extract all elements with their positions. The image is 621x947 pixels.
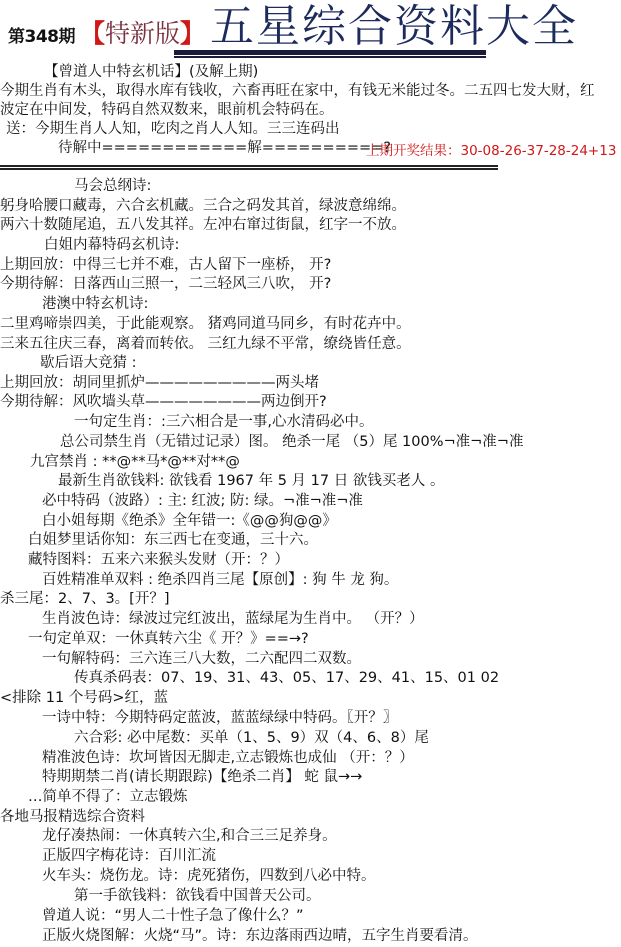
text-line: 正版四字梅花诗：百川汇流 — [42, 846, 216, 866]
heading-zengdaoren: 【曾道人中特玄机话】(及解上期) — [44, 62, 258, 82]
text-line: 今期生肖有木头，取得水库有钱收，六畜再旺在家中，有钱无米能过冬。二五四七发大财，… — [0, 81, 595, 101]
last-draw-result: 上期开奖结果：30-08-26-37-28-24+13 — [366, 141, 616, 161]
section-heading: 各地马报精选综合资料 — [0, 807, 145, 827]
text-line: <排除 11 个号码>红，蓝 — [0, 688, 168, 708]
title-underline-thin — [174, 56, 486, 58]
text-line: 藏特图料：五来六来猴头发财（开：？） — [28, 550, 289, 570]
edition-bracket-close: 】 — [180, 19, 205, 48]
text-line: 待解中============解==========? — [58, 138, 391, 158]
text-line: 传真杀码表：07、19、31、43、05、17、29、41、15、01 02 — [74, 668, 499, 688]
section-heading: 白姐内幕特码玄机诗: — [44, 235, 179, 255]
text-line: 一句解特码：三六连三八大数，二六配四二双数。 — [42, 649, 361, 669]
text-line: 火车头：烧伤龙。诗：虎死猪伤，四数到八必中特。 — [42, 866, 376, 886]
edition-text: 特新版 — [105, 19, 180, 48]
issue-number: 第348期 — [8, 22, 75, 47]
text-line: 必中特码（波路）: 主: 红波; 防: 绿。¬准¬准¬准 — [42, 491, 363, 511]
text-line: 波定在中间发，特码自然双数来，眼前机会特码在。 — [0, 100, 334, 120]
text-line: 白姐梦里话你知：东三西七在变通，三十六。 — [28, 530, 318, 550]
text-line: 上期回放：中得三七并不难，古人留下一座桥， 开? — [0, 255, 331, 275]
text-line: 一句定单双：一休真转六尘《 开？》==→? — [28, 629, 309, 649]
double-separator — [0, 165, 498, 170]
text-line: 生肖波色诗：绿波过完红波出，蓝绿尾为生肖中。 （开？） — [42, 609, 424, 629]
page-header: 第348期 【特新版】 五星综合资料大全 — [0, 0, 621, 60]
text-line: 六合彩: 必中尾数：买单（1、5、9）双（4、6、8）尾 — [74, 728, 429, 748]
text-line: 龙仔凑热闹：一休真转六尘,和合三三足养身。 — [42, 826, 337, 846]
text-line: 三来五往庆三春，离着而转依。 三红九绿不平常，缭绕皆任意。 — [0, 334, 411, 354]
text-line: 今期待解：风吹墙头草————————两边倒开? — [0, 392, 327, 412]
text-line: 最新生肖欲钱料: 欲钱看 1967 年 5 月 17 日 欲钱买老人 。 — [58, 471, 444, 491]
edition-bracket-open: 【 — [80, 19, 105, 48]
text-line: 九宫禁肖 : **@**马*@**对**@ — [30, 452, 240, 472]
text-line: …简单不得了：立志锻炼 — [28, 787, 188, 807]
page-title: 五星综合资料大全 — [210, 1, 578, 53]
text-line: 杀三尾：2、7、3。[开？] — [0, 589, 170, 609]
text-line: 第一手欲钱料：欲钱看中国普天公司。 — [74, 886, 321, 906]
text-line: 白小姐每期《绝杀》全年错一:《@@狗@@》 — [42, 511, 337, 531]
section-heading: 马会总纲诗: — [74, 176, 151, 196]
text-line: 特期期禁二肖(请长期跟踪)【绝杀二肖】 蛇 鼠→→ — [42, 767, 362, 787]
text-line: 两六十数随尾追，五八发其祥。左冲右窜过街鼠，红字一不放。 — [0, 215, 406, 235]
text-line: 上期回放：胡同里抓炉—————————两头堵 — [0, 373, 319, 393]
text-line: 总公司禁生肖（无错过记录）图。 绝杀一尾 （5）尾 100%¬准¬准¬准 — [60, 432, 523, 452]
edition-label: 【特新版】 — [80, 14, 205, 50]
section-heading: 歇后语大竞猜 : — [40, 353, 137, 373]
text-line: 今期待解：日落西山三照一，二三轻风三八吹， 开? — [0, 274, 331, 294]
text-line: 百姓精准单双料 : 绝杀四肖三尾【原创】: 狗 牛 龙 狗。 — [42, 570, 398, 590]
text-line: 二里鸡啼崇四美，于此能观察。 猪鸡同道马同乡，有时花卉中。 — [0, 314, 411, 334]
text-line: 一诗中特：今期特码定蓝波，蓝蓝绿绿中特码。〖开？〗 — [42, 708, 397, 728]
text-line: 躬身哈腰口藏毒，六合玄机藏。三合之码发其首，绿波意绵绵。 — [0, 196, 406, 216]
text-line: 送：今期生肖人人知，吃肉之肖人人知。三三连码出 — [6, 119, 340, 139]
title-underline — [174, 50, 486, 55]
text-line: 曾道人说：“男人二十性子急了像什么？” — [42, 906, 304, 926]
text-line: 正版火烧图解：火烧“马”。诗：东边落雨西边晴，五字生肖要看清。 — [42, 926, 478, 946]
text-line: 精准波色诗：坎坷皆因无脚走,立志锻炼也成仙 （开：？） — [42, 748, 414, 768]
section-heading: 港澳中特玄机诗: — [42, 294, 148, 314]
text-line: 一句定生肖：:三六相合是一事,心水清码必中。 — [74, 412, 374, 432]
